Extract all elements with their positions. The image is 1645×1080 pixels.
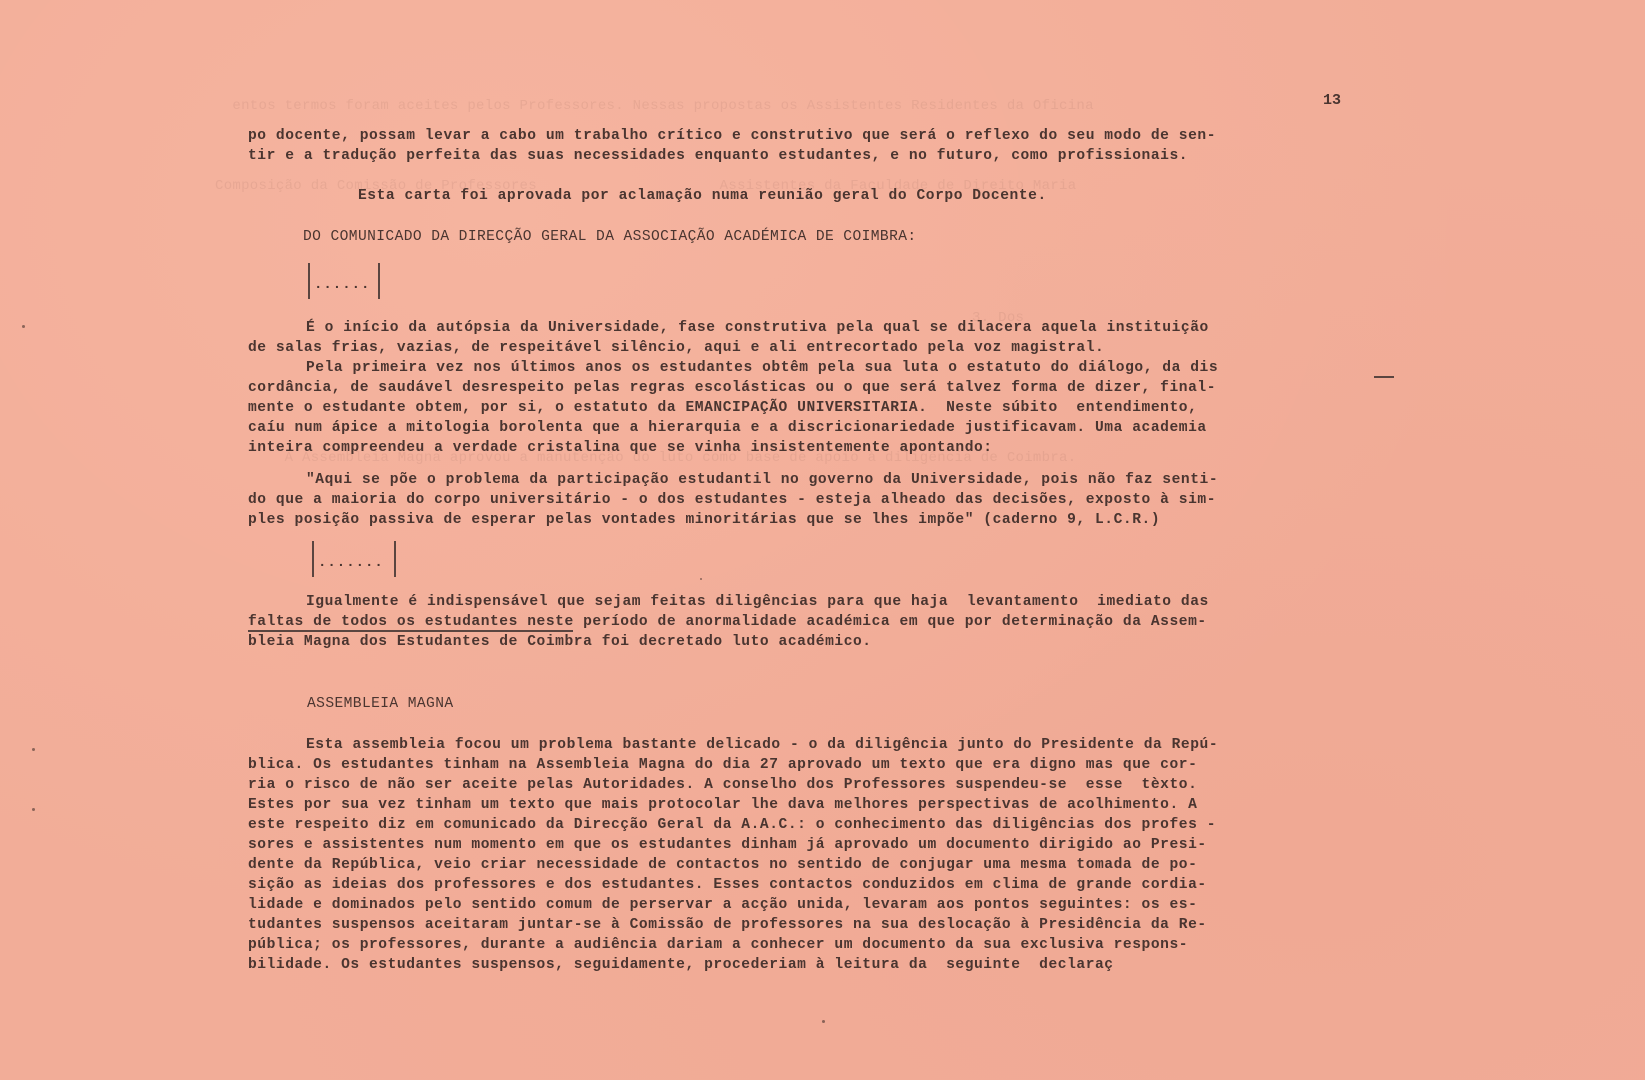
bleed-through-text: entos termos foram aceites pelos Profess… [215, 98, 1094, 114]
quote-line: "Aqui se põe o problema da participação … [306, 470, 1218, 490]
scan-speck [32, 748, 35, 751]
paragraph-line: inteira compreendeu a verdade cristalina… [248, 438, 993, 458]
paragraph-line: lidade e dominados pelo sentido comum de… [248, 895, 1197, 915]
omission-bracket: ...... [308, 263, 380, 299]
paragraph-line: Pela primeira vez nos últimos anos os es… [306, 358, 1218, 378]
paragraph-line: po docente, possam levar a cabo um traba… [248, 126, 1216, 146]
paragraph-line: É o início da autópsia da Universidade, … [306, 318, 1209, 338]
quote-line: ples posição passiva de esperar pelas vo… [248, 510, 1160, 530]
paragraph-line: sores e assistentes num momento em que o… [248, 835, 1207, 855]
paragraph-line: tudantes suspensos aceitaram juntar-se à… [248, 915, 1207, 935]
paragraph-line: faltas de todos os estudantes neste perí… [248, 612, 1207, 632]
paragraph-line: cordância, de saudável desrespeito pelas… [248, 378, 1216, 398]
scan-speck [32, 808, 35, 811]
page-number: 13 [1323, 92, 1341, 109]
scan-speck [22, 325, 25, 328]
paragraph-line: caíu num ápice a mitologia borolenta que… [248, 418, 1207, 438]
scan-speck [822, 1020, 825, 1023]
paragraph-line: dente da República, veio criar necessida… [248, 855, 1197, 875]
paragraph-line: este respeito diz em comunicado da Direc… [248, 815, 1216, 835]
underline-mark [1374, 376, 1394, 378]
paragraph-line: blica. Os estudantes tinham na Assemblei… [248, 755, 1197, 775]
paragraph-line: bleia Magna dos Estudantes de Coimbra fo… [248, 632, 872, 652]
scanned-page: entos termos foram aceites pelos Profess… [0, 0, 1645, 1080]
quote-line: do que a maioria do corpo universitário … [248, 490, 1216, 510]
paragraph-line: sição as ideias dos professores e dos es… [248, 875, 1207, 895]
paragraph-line: mente o estudante obtem, por si, o estat… [248, 398, 1197, 418]
paragraph-line: bilidade. Os estudantes suspensos, segui… [248, 955, 1114, 975]
section-heading: ASSEMBLEIA MAGNA [307, 694, 454, 714]
paragraph-line: tir e a tradução perfeita das suas neces… [248, 146, 1188, 166]
omission-bracket: ....... [312, 541, 396, 577]
paragraph-line: ria o risco de não ser aceite pelas Auto… [248, 775, 1197, 795]
communique-heading: DO COMUNICADO DA DIRECÇÃO GERAL DA ASSOC… [303, 227, 917, 247]
approval-sentence: Esta carta foi aprovada por aclamação nu… [358, 186, 1047, 206]
paragraph-line: Estes por sua vez tinham um texto que ma… [248, 795, 1197, 815]
paragraph-line: pública; os professores, durante a audiê… [248, 935, 1188, 955]
paragraph-line: Esta assembleia focou um problema bastan… [306, 735, 1218, 755]
paragraph-line: de salas frias, vazias, de respeitável s… [248, 338, 1104, 358]
scan-speck [700, 578, 702, 580]
paragraph-line: Igualmente é indispensável que sejam fei… [306, 592, 1209, 612]
